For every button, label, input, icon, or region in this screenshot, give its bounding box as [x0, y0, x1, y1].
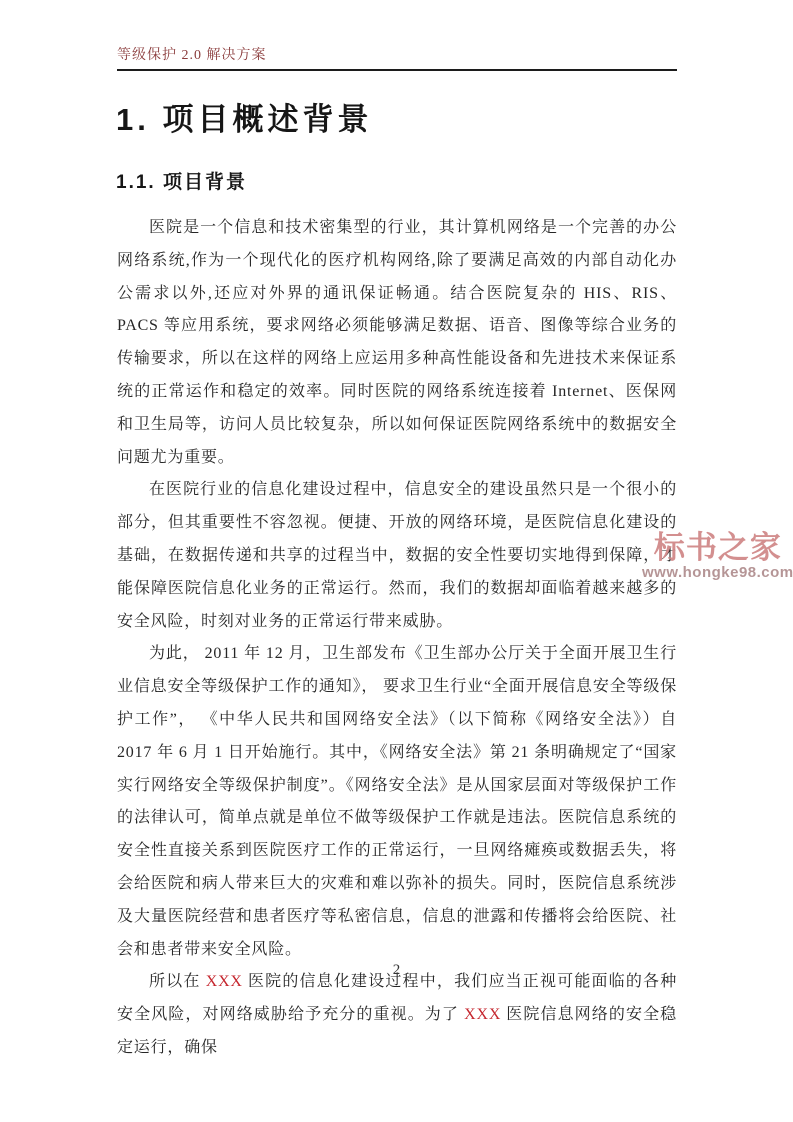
header-title: 等级保护 2.0 解决方案 — [117, 44, 677, 64]
document-page: 等级保护 2.0 解决方案 1. 项目概述背景 1.1. 项目背景 医院是一个信… — [0, 0, 793, 1122]
paragraph-text: 在医院行业的信息化建设过程中，信息安全的建设虽然只是一个很小的部分，但其重要性不… — [117, 481, 677, 629]
paragraph: 为此， 2011 年 12 月，卫生部发布《卫生部办公厅关于全面开展卫生行业信息… — [117, 638, 677, 966]
page-number: 2 — [0, 962, 793, 979]
document-body: 医院是一个信息和技术密集型的行业，其计算机网络是一个完善的办公网络系统,作为一个… — [117, 212, 677, 1065]
page-header: 等级保护 2.0 解决方案 — [117, 44, 677, 71]
redacted-hospital-name: XXX — [464, 1006, 501, 1023]
paragraph-text: 医院是一个信息和技术密集型的行业，其计算机网络是一个完善的办公网络系统,作为一个… — [117, 219, 677, 466]
paragraph: 医院是一个信息和技术密集型的行业，其计算机网络是一个完善的办公网络系统,作为一个… — [117, 212, 677, 474]
subsection-title: 1.1. 项目背景 — [116, 167, 247, 194]
paragraph: 在医院行业的信息化建设过程中，信息安全的建设虽然只是一个很小的部分，但其重要性不… — [117, 474, 677, 638]
paragraph: 所以在 XXX 医院的信息化建设过程中，我们应当正视可能面临的各种安全风险，对网… — [117, 966, 677, 1064]
section-title: 1. 项目概述背景 — [116, 94, 372, 139]
paragraph-text: 为此， 2011 年 12 月，卫生部发布《卫生部办公厅关于全面开展卫生行业信息… — [117, 645, 677, 957]
